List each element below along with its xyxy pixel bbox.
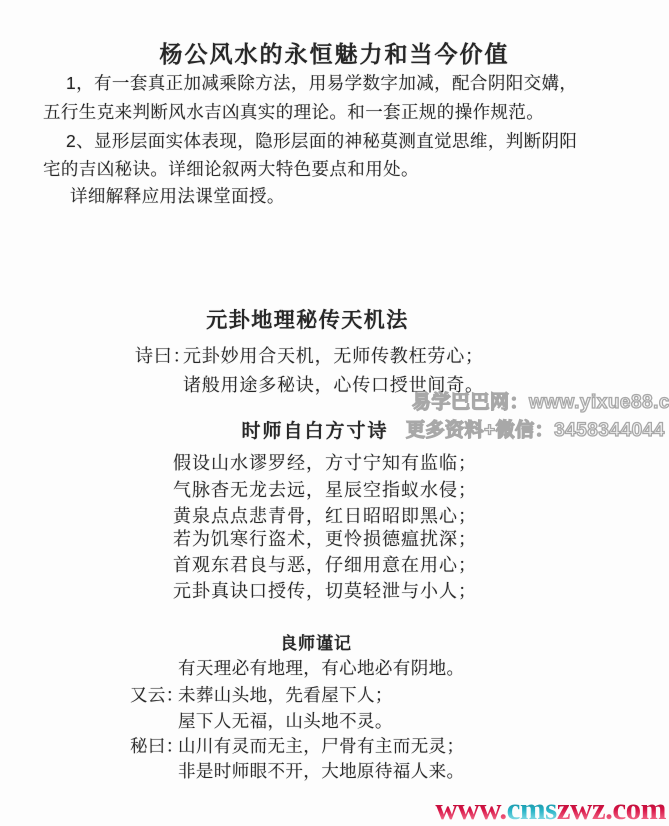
poem-line: 元卦真诀口授传，切莫轻泄与小人； <box>173 577 477 603</box>
closing-line: 非是时师眼不开，大地原待福人来。 <box>178 758 464 783</box>
closing-text: 未葬山头地，先看屋下人； <box>178 685 393 705</box>
poem-line: 气脉杳无龙去远，星辰空指蚁水侵； <box>173 476 477 502</box>
intro-line: 五行生克来判断风水吉凶真实的理论。和一套正规的操作规范。 <box>43 99 544 124</box>
intro-line: 宅的吉凶秘诀。详细论叙两大特色要点和用处。 <box>43 156 419 181</box>
poem-line: 假设山水谬罗经，方寸宁知有监临； <box>173 449 477 475</box>
document-page: 杨公风水的永恒魅力和当今价值 1，有一套真正加减乘除方法，用易学数字加减，配合阴… <box>0 0 669 826</box>
closing-line: 有天理必有地理，有心地必有阴地。 <box>178 655 464 680</box>
url-segment: www. <box>435 791 506 826</box>
closing-text: 有天理必有地理，有心地必有阴地。 <box>178 658 464 678</box>
poem-line: 若为饥寒行盗术，更怜损德瘟扰深； <box>173 525 477 551</box>
intro-line: 2、显形层面实体表现，隐形层面的神秘莫测直觉思维，判断阴阳 <box>66 128 577 153</box>
poem-line: 首观东君良与恶，仔细用意在用心； <box>173 551 477 577</box>
url-segment: zwz.com <box>557 791 666 826</box>
closing-line: 屋下人无福，山头地不灵。 <box>178 708 393 733</box>
watermark-line-1: 易学巴巴网：www.yixue88.cn <box>412 387 669 414</box>
closing-prefix: 又云： <box>130 682 178 707</box>
closing-heading: 良师谨记 <box>0 629 632 654</box>
verse-text: 元卦妙用合天机，无师传教枉劳心； <box>183 346 484 366</box>
closing-text: 屋下人无福，山头地不灵。 <box>178 711 393 731</box>
closing-text: 非是时师眼不开，大地原待福人来。 <box>178 761 464 781</box>
page-title: 杨公风水的永恒魅力和当今价值 <box>0 36 669 69</box>
closing-line: 又云：未葬山头地，先看屋下人； <box>130 682 393 707</box>
closing-prefix: 秘曰： <box>130 733 178 758</box>
poem-heading: 时师自白方寸诗 <box>0 416 630 443</box>
footer-url: www.cmszwz.com <box>435 791 666 826</box>
url-segment: cms <box>507 791 557 826</box>
closing-text: 山川有灵而无主，尸骨有主而无灵； <box>178 736 464 756</box>
verse-line: 诗曰：元卦妙用合天机，无师传教枉劳心； <box>135 342 484 368</box>
intro-line: 详细解释应用法课堂面授。 <box>70 183 285 208</box>
intro-line: 1，有一套真正加减乘除方法，用易学数字加减，配合阴阳交媾， <box>66 70 577 95</box>
closing-line: 秘曰：山川有灵而无主，尸骨有主而无灵； <box>130 733 464 758</box>
verse-prefix: 诗曰： <box>135 342 183 368</box>
section-heading: 元卦地理秘传天机法 <box>0 304 615 334</box>
